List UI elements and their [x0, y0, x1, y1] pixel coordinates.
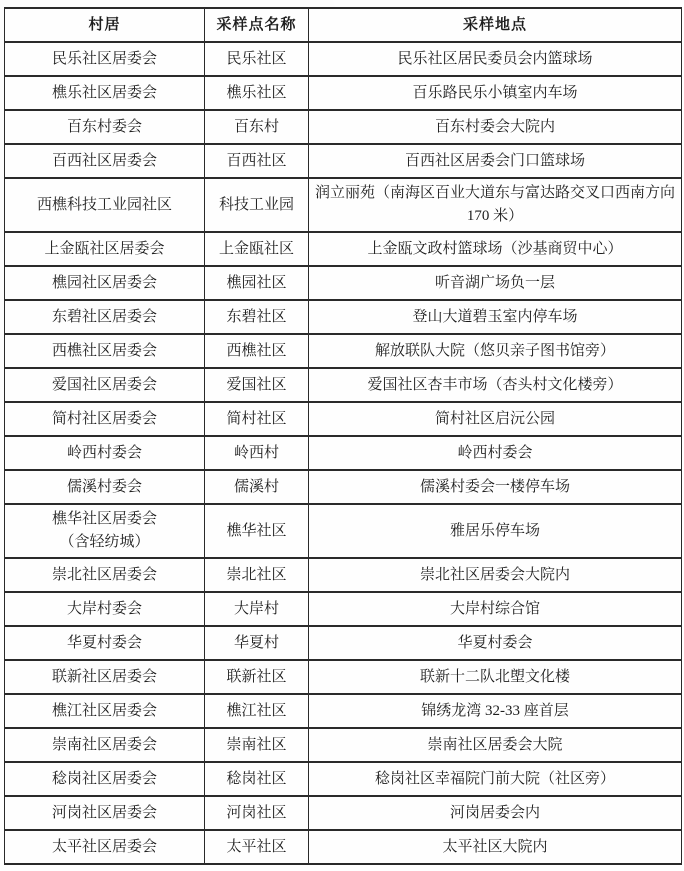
sampling-location-cell: 华夏村委会 [309, 626, 682, 660]
sampling-location-cell: 崇北社区居委会大院内 [309, 558, 682, 592]
sampling-point-name-cell: 百西社区 [205, 144, 309, 178]
table-row: 樵园社区居委会 樵园社区 听音湖广场负一层 [5, 266, 682, 300]
sampling-location-cell: 听音湖广场负一层 [309, 266, 682, 300]
sampling-point-name-cell: 樵江社区 [205, 694, 309, 728]
sampling-point-name-cell: 大岸村 [205, 592, 309, 626]
village-cell: 崇北社区居委会 [5, 558, 205, 592]
sampling-location-cell: 登山大道碧玉室内停车场 [309, 300, 682, 334]
table-row: 东碧社区居委会 东碧社区 登山大道碧玉室内停车场 [5, 300, 682, 334]
table-body: 民乐社区居委会 民乐社区 民乐社区居民委员会内篮球场 樵乐社区居委会 樵乐社区 … [5, 42, 682, 864]
column-header-sampling-point-name: 采样点名称 [205, 8, 309, 42]
sampling-location-cell: 百乐路民乐小镇室内车场 [309, 76, 682, 110]
village-cell: 樵江社区居委会 [5, 694, 205, 728]
sampling-location-cell: 解放联队大院（悠贝亲子图书馆旁） [309, 334, 682, 368]
table-row: 崇北社区居委会 崇北社区 崇北社区居委会大院内 [5, 558, 682, 592]
sampling-point-name-cell: 稔岗社区 [205, 762, 309, 796]
sampling-point-name-cell: 科技工业园 [205, 178, 309, 232]
sampling-location-cell: 简村社区启沅公园 [309, 402, 682, 436]
sampling-location-cell: 岭西村委会 [309, 436, 682, 470]
village-cell: 西樵社区居委会 [5, 334, 205, 368]
village-cell: 百西社区居委会 [5, 144, 205, 178]
sampling-point-name-cell: 爱国社区 [205, 368, 309, 402]
table-row: 崇南社区居委会 崇南社区 崇南社区居委会大院 [5, 728, 682, 762]
village-cell: 河岗社区居委会 [5, 796, 205, 830]
village-cell: 联新社区居委会 [5, 660, 205, 694]
village-cell: 简村社区居委会 [5, 402, 205, 436]
table-row: 百东村委会 百东村 百东村委会大院内 [5, 110, 682, 144]
sampling-point-name-cell: 简村社区 [205, 402, 309, 436]
table-row: 民乐社区居委会 民乐社区 民乐社区居民委员会内篮球场 [5, 42, 682, 76]
village-cell: 民乐社区居委会 [5, 42, 205, 76]
scanned-document-page: 村居 采样点名称 采样地点 民乐社区居委会 民乐社区 民乐社区居民委员会内篮球场… [0, 0, 684, 865]
table-row: 樵华社区居委会 （含轻纺城） 樵华社区 雅居乐停车场 [5, 504, 682, 558]
sampling-point-name-cell: 崇南社区 [205, 728, 309, 762]
sampling-location-cell: 润立丽苑（南海区百业大道东与富达路交叉口西南方向 170 米） [309, 178, 682, 232]
column-header-village: 村居 [5, 8, 205, 42]
sampling-location-cell: 百东村委会大院内 [309, 110, 682, 144]
village-cell: 儒溪村委会 [5, 470, 205, 504]
sampling-location-cell: 儒溪村委会一楼停车场 [309, 470, 682, 504]
table-row: 联新社区居委会 联新社区 联新十二队北塱文化楼 [5, 660, 682, 694]
village-cell: 华夏村委会 [5, 626, 205, 660]
sampling-location-cell: 联新十二队北塱文化楼 [309, 660, 682, 694]
table-row: 大岸村委会 大岸村 大岸村综合馆 [5, 592, 682, 626]
sampling-point-name-cell: 百东村 [205, 110, 309, 144]
table-row: 百西社区居委会 百西社区 百西社区居委会门口篮球场 [5, 144, 682, 178]
village-cell: 西樵科技工业园社区 [5, 178, 205, 232]
sampling-point-name-cell: 儒溪村 [205, 470, 309, 504]
table-row: 樵乐社区居委会 樵乐社区 百乐路民乐小镇室内车场 [5, 76, 682, 110]
table-row: 西樵社区居委会 西樵社区 解放联队大院（悠贝亲子图书馆旁） [5, 334, 682, 368]
table-row: 华夏村委会 华夏村 华夏村委会 [5, 626, 682, 660]
sampling-points-table: 村居 采样点名称 采样地点 民乐社区居委会 民乐社区 民乐社区居民委员会内篮球场… [4, 7, 682, 865]
sampling-point-name-cell: 河岗社区 [205, 796, 309, 830]
table-row: 稔岗社区居委会 稔岗社区 稔岗社区幸福院门前大院（社区旁） [5, 762, 682, 796]
village-cell: 稔岗社区居委会 [5, 762, 205, 796]
sampling-point-name-cell: 西樵社区 [205, 334, 309, 368]
village-cell: 上金瓯社区居委会 [5, 232, 205, 266]
table-row: 河岗社区居委会 河岗社区 河岗居委会内 [5, 796, 682, 830]
sampling-point-name-cell: 东碧社区 [205, 300, 309, 334]
sampling-point-name-cell: 华夏村 [205, 626, 309, 660]
table-row: 太平社区居委会 太平社区 太平社区大院内 [5, 830, 682, 864]
sampling-point-name-cell: 樵乐社区 [205, 76, 309, 110]
sampling-point-name-cell: 岭西村 [205, 436, 309, 470]
village-cell: 樵华社区居委会 （含轻纺城） [5, 504, 205, 558]
village-cell: 爱国社区居委会 [5, 368, 205, 402]
sampling-location-cell: 爱国社区杏丰市场（杏头村文化楼旁） [309, 368, 682, 402]
sampling-location-cell: 百西社区居委会门口篮球场 [309, 144, 682, 178]
sampling-location-cell: 民乐社区居民委员会内篮球场 [309, 42, 682, 76]
table-row: 爱国社区居委会 爱国社区 爱国社区杏丰市场（杏头村文化楼旁） [5, 368, 682, 402]
village-cell: 樵乐社区居委会 [5, 76, 205, 110]
village-cell: 大岸村委会 [5, 592, 205, 626]
sampling-point-name-cell: 民乐社区 [205, 42, 309, 76]
village-cell: 岭西村委会 [5, 436, 205, 470]
sampling-point-name-cell: 樵园社区 [205, 266, 309, 300]
table-row: 上金瓯社区居委会 上金瓯社区 上金瓯文政村篮球场（沙基商贸中心） [5, 232, 682, 266]
table-row: 岭西村委会 岭西村 岭西村委会 [5, 436, 682, 470]
sampling-point-name-cell: 樵华社区 [205, 504, 309, 558]
sampling-location-cell: 太平社区大院内 [309, 830, 682, 864]
sampling-point-name-cell: 太平社区 [205, 830, 309, 864]
sampling-location-cell: 锦绣龙湾 32-33 座首层 [309, 694, 682, 728]
village-cell: 樵园社区居委会 [5, 266, 205, 300]
village-cell: 东碧社区居委会 [5, 300, 205, 334]
sampling-location-cell: 崇南社区居委会大院 [309, 728, 682, 762]
sampling-location-cell: 河岗居委会内 [309, 796, 682, 830]
village-cell: 崇南社区居委会 [5, 728, 205, 762]
table-row: 儒溪村委会 儒溪村 儒溪村委会一楼停车场 [5, 470, 682, 504]
sampling-location-cell: 雅居乐停车场 [309, 504, 682, 558]
sampling-location-cell: 稔岗社区幸福院门前大院（社区旁） [309, 762, 682, 796]
table-row: 樵江社区居委会 樵江社区 锦绣龙湾 32-33 座首层 [5, 694, 682, 728]
sampling-point-name-cell: 联新社区 [205, 660, 309, 694]
table-row: 西樵科技工业园社区 科技工业园 润立丽苑（南海区百业大道东与富达路交叉口西南方向… [5, 178, 682, 232]
sampling-location-cell: 上金瓯文政村篮球场（沙基商贸中心） [309, 232, 682, 266]
village-cell: 太平社区居委会 [5, 830, 205, 864]
sampling-point-name-cell: 上金瓯社区 [205, 232, 309, 266]
column-header-sampling-location: 采样地点 [309, 8, 682, 42]
header-row: 村居 采样点名称 采样地点 [5, 8, 682, 42]
table-row: 简村社区居委会 简村社区 简村社区启沅公园 [5, 402, 682, 436]
sampling-point-name-cell: 崇北社区 [205, 558, 309, 592]
sampling-location-cell: 大岸村综合馆 [309, 592, 682, 626]
village-cell: 百东村委会 [5, 110, 205, 144]
